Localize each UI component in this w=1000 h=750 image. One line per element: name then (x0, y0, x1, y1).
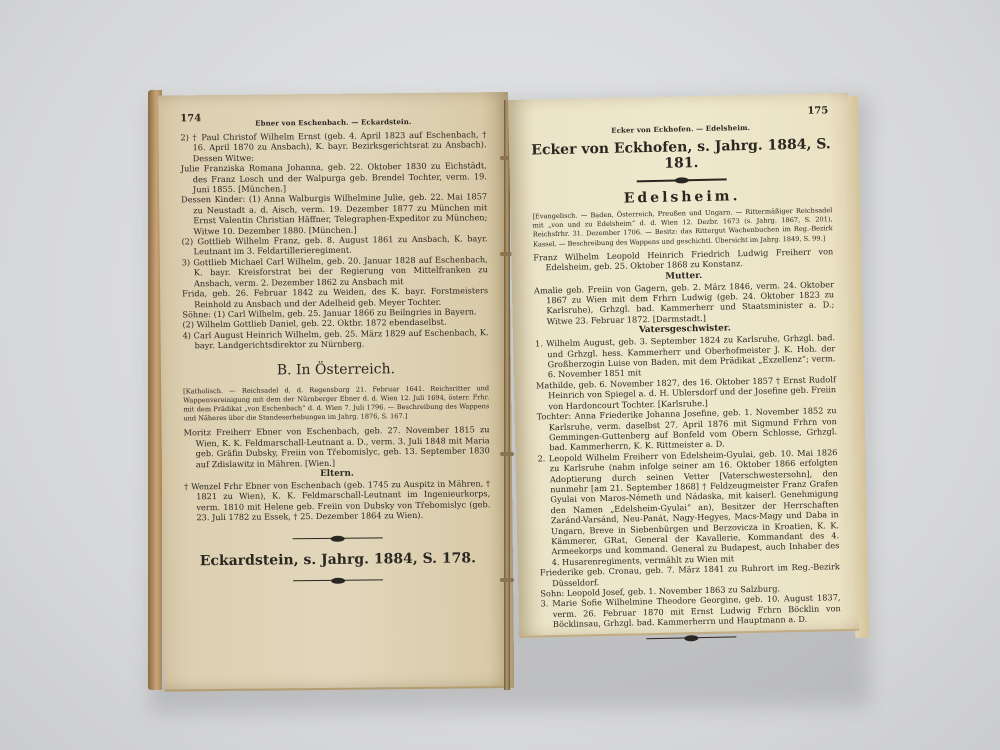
ornamental-rule (293, 577, 383, 584)
main-entry: Moritz Freiherr Ebner von Eschenbach, ge… (183, 425, 489, 470)
entry-paragraph: Julie Franziska Romana Johanna, geb. 22.… (181, 160, 487, 194)
crossref-eckardstein: Eckardstein, s. Jahrg. 1884, S. 178. (185, 550, 491, 569)
mother-entry: Amalie geb. Freiin von Gagern, geb. 2. M… (534, 279, 835, 327)
section-note: [Evangelisch. — Baden, Österreich, Preuß… (532, 206, 833, 249)
entry-paragraph: 4) Carl August Heinrich Wilhelm, geb. 25… (182, 327, 488, 351)
binding-stitch (500, 452, 514, 456)
section-title-austria: B. In Österreich. (183, 360, 489, 379)
photo-scene: 174 Ebner von Eschenbach. — Eckardstein.… (0, 0, 1000, 750)
crossref-ecker: Ecker von Eckhofen, s. Jahrg. 1884, S. 1… (531, 136, 832, 174)
left-page: 174 Ebner von Eschenbach. — Eckardstein.… (158, 92, 514, 692)
page-number-right: 175 (807, 105, 828, 116)
ornamental-rule (293, 535, 383, 542)
binding-stitch (500, 578, 514, 582)
section-note: [Katholisch. — Reichsadel d. d. Regensbu… (183, 384, 489, 424)
parents-entry: † Wenzel Frhr Ebner von Eschenbach (geb.… (184, 478, 490, 523)
section-title-edelsheim: Edelsheim. (532, 186, 832, 208)
entry-paragraph: 3) Gottlieb Michael Carl Wilhelm, geb. 2… (182, 254, 488, 288)
sibling-entry: Tochter: Anna Friederike Johanna Josefin… (537, 405, 838, 453)
sibling-entry: 1. Wilhelm August, geb. 3. September 182… (535, 332, 836, 380)
sibling-entry: 2. Leopold Wilhelm Freiherr von Edelshei… (537, 447, 839, 568)
sibling-entry: 3. Marie Sofie Wilhelmine Theodore Georg… (540, 593, 841, 630)
entry-paragraph: Dessen Kinder: (1) Anna Walburgis Wilhel… (181, 192, 487, 237)
page-number-left: 174 (180, 113, 201, 124)
ornamental-rule (637, 176, 727, 184)
entry-paragraph: 2) † Paul Christof Wilhelm Ernst (geb. 4… (180, 129, 486, 163)
running-head-right: Ecker von Eckhofen. — Edelsheim. (531, 121, 831, 136)
right-page: 175 Ecker von Eckhofen. — Edelsheim. Eck… (508, 93, 859, 638)
